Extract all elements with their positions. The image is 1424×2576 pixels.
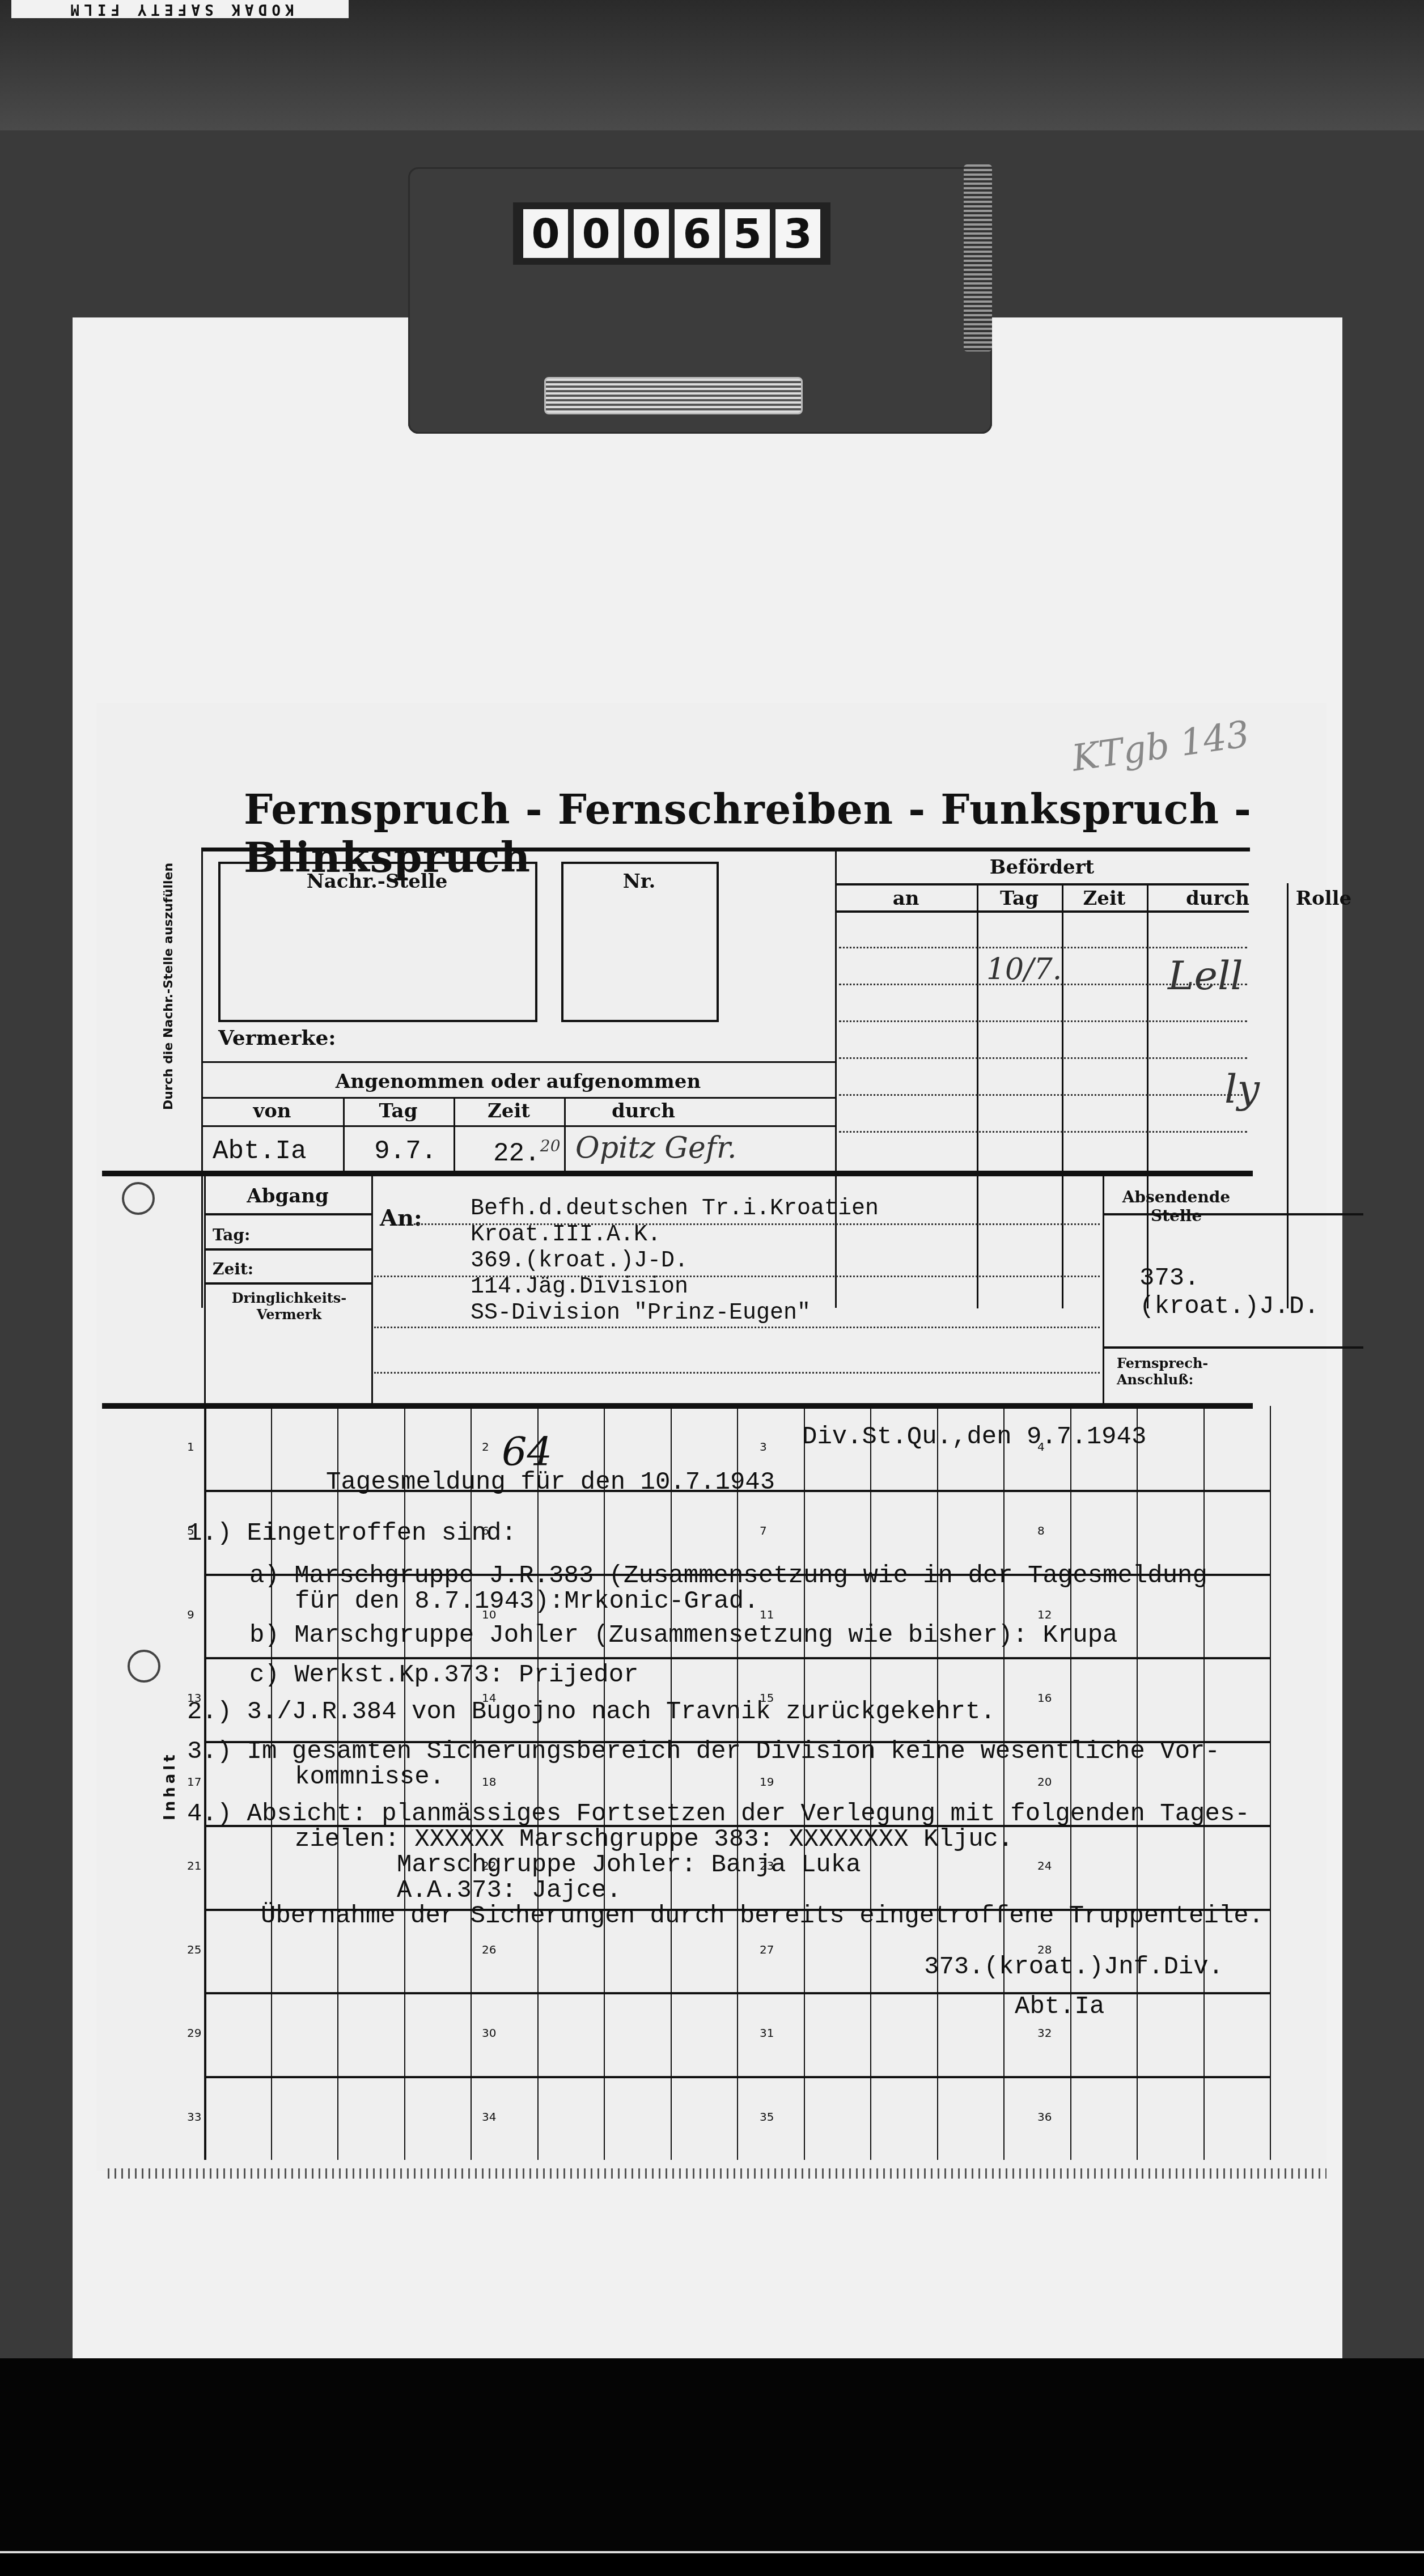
- line-number: 25: [187, 1943, 201, 1956]
- angenommen-von-value: Abt.Ia: [213, 1137, 307, 1166]
- grid-rule: [671, 1406, 672, 2160]
- grid-rule: [870, 1406, 871, 2160]
- angenommen-col-von: von: [201, 1100, 343, 1122]
- dringlichkeit-label: Dringlichkeits-Vermerk: [210, 1290, 368, 1323]
- line-number: 20: [1037, 1775, 1052, 1789]
- angenommen-heading: Angenommen oder aufgenommen: [201, 1070, 835, 1093]
- an-recipient: Befh.d.deutschen Tr.i.Kroatien: [471, 1196, 879, 1222]
- archive-reference: KTgb 143: [1069, 713, 1252, 779]
- line-number: 8: [1037, 1524, 1045, 1537]
- line-number: 18: [482, 1775, 496, 1789]
- line-number: 32: [1037, 2026, 1052, 2040]
- counter-digit: 6: [675, 209, 719, 258]
- grid-rule: [204, 1657, 1270, 1659]
- an-recipient: SS-Division "Prinz-Eugen": [471, 1300, 811, 1327]
- place-date: Div.St.Qu.,den 9.7.1943: [802, 1423, 1146, 1451]
- abgang-heading: Abgang: [204, 1185, 371, 1207]
- grid-rule: [537, 1406, 539, 2160]
- line-number: 19: [760, 1775, 774, 1789]
- line-number: 29: [187, 2026, 201, 2040]
- grid-rule: [737, 1406, 738, 2160]
- message-line: kommnisse.: [295, 1763, 444, 1791]
- an-recipient: 114.Jäg.Division: [471, 1274, 688, 1300]
- message-line: 2.) 3./J.R.384 von Bugojno nach Travnik …: [187, 1698, 995, 1726]
- line-number: 21: [187, 1859, 201, 1872]
- grid-rule: [604, 1406, 605, 2160]
- rule: [204, 1282, 371, 1285]
- punch-hole: [122, 1182, 155, 1215]
- message-line: 4.) Absicht: planmässiges Fortsetzen der…: [187, 1800, 1250, 1828]
- rule: [835, 883, 1249, 885]
- grid-rule: [1137, 1406, 1138, 2160]
- counter-digit: 3: [775, 209, 820, 258]
- line-number: 3: [760, 1440, 767, 1454]
- nachr-stelle-label: Nachr.-Stelle: [218, 870, 536, 893]
- counter-digit: 0: [624, 209, 669, 258]
- line-number: 17: [187, 1775, 201, 1789]
- rule: [343, 1097, 345, 1171]
- message-line: a) Marschgruppe J.R.383 (Zusammensetzung…: [249, 1562, 1207, 1590]
- an-recipient: 369.(kroat.)J-D.: [471, 1248, 688, 1274]
- angenommen-col-durch: durch: [564, 1100, 723, 1122]
- message-line: Marschgruppe Johler: Banja Luka: [397, 1851, 861, 1879]
- fernsprech-label: Fernsprech-Anschluß:: [1117, 1355, 1230, 1388]
- angenommen-zeit-value: 22.20: [493, 1137, 560, 1168]
- grid-rule: [1070, 1406, 1071, 2160]
- rule: [454, 1097, 455, 1171]
- line-number: 35: [760, 2110, 774, 2124]
- line-number: 31: [760, 2026, 774, 2040]
- rule: [201, 1125, 835, 1127]
- line-number: 36: [1037, 2110, 1052, 2124]
- dotted-rule: [374, 1372, 1100, 1374]
- dotted-rule: [414, 1223, 1100, 1225]
- line-number: 7: [760, 1524, 767, 1537]
- line-number: 11: [760, 1608, 774, 1621]
- befoerdert-durch-signature: Lell: [1168, 952, 1243, 999]
- line-number: 27: [760, 1943, 774, 1956]
- grid-rule: [937, 1406, 938, 2160]
- dotted-rule: [839, 1131, 1247, 1133]
- an-recipient: Kroat.III.A.K.: [471, 1222, 661, 1248]
- message-subject: Tagesmeldung für den 10.7.1943: [326, 1468, 775, 1497]
- abgang-tag-label: Tag:: [213, 1226, 250, 1244]
- vermerke-label: Vermerke:: [218, 1026, 336, 1050]
- line-number: 34: [482, 2110, 496, 2124]
- befoerdert-col-durch: durch: [1147, 887, 1289, 910]
- befoerdert-initials: ly: [1224, 1066, 1260, 1112]
- rule: [204, 1176, 206, 1403]
- an-label: An:: [380, 1205, 422, 1231]
- dotted-rule: [839, 947, 1247, 948]
- rule: [835, 910, 1249, 913]
- punch-hole: [128, 1650, 160, 1683]
- rule: [204, 1213, 371, 1215]
- befoerdert-col-rolle: Rolle: [1287, 887, 1361, 910]
- message-line: 1.) Eingetroffen sind:: [187, 1519, 516, 1548]
- rule: [371, 1176, 373, 1403]
- line-number: 9: [187, 1608, 194, 1621]
- inhalt-label: Inhalt: [162, 1729, 179, 1842]
- line-number: 2: [482, 1440, 489, 1454]
- frame-counter-window: 0 0 0 6 5 3: [513, 202, 830, 265]
- befoerdert-tag-handwritten: 10/7.: [986, 952, 1062, 986]
- grid-rule: [1003, 1406, 1005, 2160]
- frame-counter-device: 0 0 0 6 5 3: [408, 167, 992, 434]
- dotted-rule: [839, 1020, 1247, 1022]
- film-edge-label: KODAK SAFETY FILM: [11, 0, 349, 18]
- rule: [1103, 1346, 1363, 1349]
- counter-nameplate: [544, 377, 803, 414]
- counter-knob: [964, 164, 992, 351]
- nr-label: Nr.: [561, 870, 717, 893]
- angenommen-col-tag: Tag: [343, 1100, 454, 1122]
- perforation-edge: [108, 2168, 1326, 2179]
- film-strip-bottom: [0, 2358, 1424, 2551]
- befoerdert-col-tag: Tag: [977, 887, 1062, 910]
- line-number: 33: [187, 2110, 201, 2124]
- rule: [1287, 883, 1289, 1308]
- message-line: für den 8.7.1943):Mrkonic-Grad.: [295, 1587, 759, 1616]
- angenommen-col-zeit: Zeit: [454, 1100, 564, 1122]
- rule: [201, 848, 1250, 851]
- counter-digit: 5: [725, 209, 770, 258]
- rule: [204, 1248, 371, 1251]
- dotted-rule: [374, 1327, 1100, 1328]
- absender-value: 373.(kroat.)J.D.: [1139, 1264, 1326, 1321]
- film-strip-top: [0, 0, 1424, 130]
- message-line: c) Werkst.Kp.373: Prijedor: [249, 1661, 639, 1689]
- dotted-rule: [839, 1094, 1247, 1096]
- rule: [102, 1171, 1253, 1176]
- signature-unit: 373.(kroat.)Jnf.Div.: [924, 1953, 1223, 1981]
- line-number: 30: [482, 2026, 496, 2040]
- counter-digit: 0: [523, 209, 568, 258]
- line-number: 26: [482, 1943, 496, 1956]
- abgang-zeit-label: Zeit:: [213, 1260, 253, 1278]
- dotted-rule: [839, 1057, 1247, 1059]
- befoerdert-col-an: an: [835, 887, 977, 910]
- angenommen-durch-signature: Opitz Gefr.: [575, 1131, 737, 1165]
- rule: [564, 1097, 566, 1171]
- grid-rule: [204, 1992, 1270, 1994]
- grid-rule: [204, 2076, 1270, 2078]
- rule: [201, 1097, 835, 1099]
- side-instruction-label: Durch die Nachr.-Stelle auszufüllen: [162, 850, 179, 1122]
- message-line: 3.) Im gesamten Sicherungsbereich der Di…: [187, 1738, 1220, 1766]
- absender-heading: Absendende Stelle: [1103, 1188, 1250, 1225]
- message-line: A.A.373: Jajce.: [397, 1876, 621, 1905]
- line-number: 16: [1037, 1691, 1052, 1705]
- grid-rule: [1270, 1406, 1271, 2160]
- befoerdert-heading: Befördert: [835, 856, 1249, 879]
- signature-dept: Abt.Ia: [1015, 1993, 1104, 2021]
- counter-digit: 0: [574, 209, 618, 258]
- grid-rule: [804, 1406, 805, 2160]
- grid-rule: [1203, 1406, 1205, 2160]
- rule: [1103, 1213, 1363, 1215]
- film-edge: [0, 2551, 1424, 2576]
- rule: [835, 848, 837, 1308]
- rule: [201, 1061, 835, 1063]
- angenommen-tag-value: 9.7.: [374, 1137, 436, 1166]
- line-number: 1: [187, 1440, 194, 1454]
- line-number: 24: [1037, 1859, 1052, 1872]
- dotted-rule: [374, 1276, 1100, 1277]
- message-line: Übernahme der Sicherungen durch bereits …: [261, 1902, 1264, 1930]
- line-number: 12: [1037, 1608, 1052, 1621]
- befoerdert-col-zeit: Zeit: [1062, 887, 1147, 910]
- message-line: zielen: XXXXXX Marschgruppe 383: XXXXXXX…: [295, 1825, 1013, 1854]
- message-line: b) Marschgruppe Johler (Zusammensetzung …: [249, 1621, 1117, 1650]
